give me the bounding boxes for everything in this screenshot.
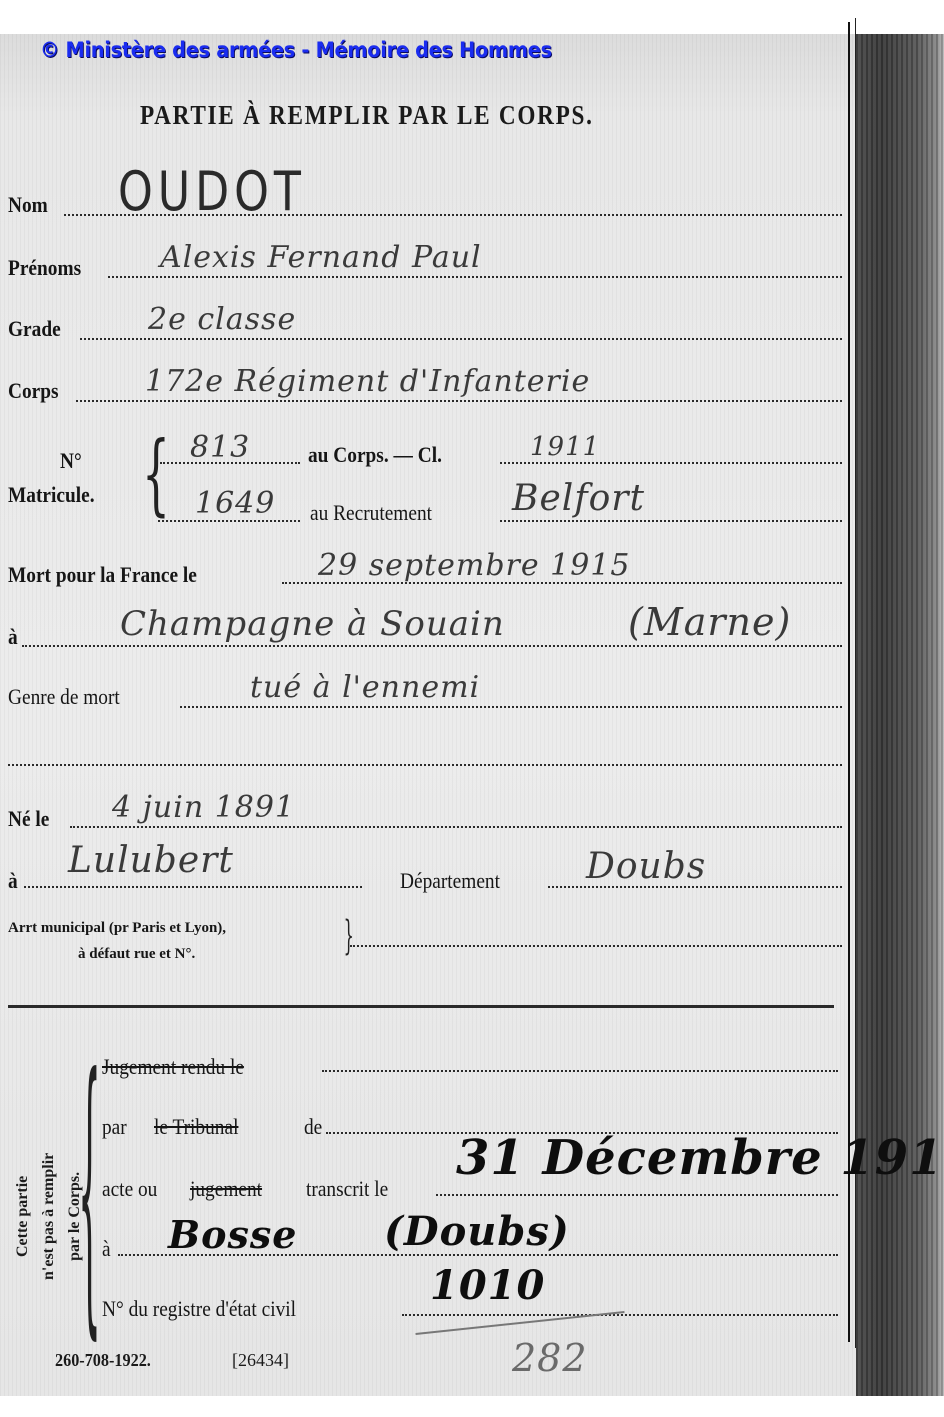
mort-value: 29 septembre 1915 [318, 548, 631, 583]
lower-section-brace: { [78, 1040, 101, 1340]
recrutement-label: au Recrutement [310, 500, 432, 526]
registre-line [402, 1314, 838, 1316]
nom-label: Nom [8, 192, 48, 218]
corps-line [76, 400, 842, 402]
side-note: Cette partie n'est pas à remplir par le … [10, 1153, 88, 1280]
naissance-label: Né le [8, 806, 49, 832]
prenoms-label: Prénoms [8, 255, 81, 281]
lieu-naissance-value: Lulubert [68, 840, 234, 881]
transcrit-struck: jugement [190, 1176, 262, 1202]
corps-value: 172e Régiment d'Infanterie [145, 364, 590, 399]
classe-value: 1911 [530, 432, 600, 462]
form-heading: PARTIE À REMPLIR PAR LE CORPS. [140, 100, 594, 131]
arrondissement-label-line2: à défaut rue et N°. [78, 946, 195, 963]
lieu-mort-label: à [8, 624, 18, 650]
print-reference: [26434] [232, 1350, 289, 1371]
genre-mort-value: tué à l'ennemi [250, 670, 480, 705]
genre-mort-line [180, 706, 842, 708]
lieu-mort-department: (Marne) [628, 600, 791, 644]
nom-value: OUDOT [118, 160, 306, 223]
grade-line [80, 338, 842, 340]
recrutement-place-value: Belfort [512, 478, 645, 519]
transcrit-prefix: acte ou [102, 1176, 157, 1202]
arrondissement-label-line1: Arrt municipal (pr Paris et Lyon), [8, 920, 226, 937]
grade-label: Grade [8, 316, 61, 342]
lieu-transcription-label: à [102, 1236, 111, 1262]
registre-value: 1010 [430, 1262, 545, 1309]
arrondissement-line [350, 945, 842, 947]
mort-label: Mort pour la France le [8, 562, 197, 588]
lieu-transcription-value: Bosse [168, 1212, 297, 1257]
genre-mort-label: Genre de mort [8, 684, 120, 710]
classe-line [500, 462, 842, 464]
lieu-mort-line [22, 645, 842, 647]
transcrit-value: 31 Décembre 1916 [456, 1130, 944, 1186]
naissance-value: 4 juin 1891 [112, 790, 295, 825]
lieu-transcription-department: (Doubs) [384, 1208, 570, 1255]
departement-label: Département [400, 868, 500, 894]
lieu-naissance-label: à [8, 868, 18, 894]
blank-line [8, 764, 842, 766]
pencil-note: 282 [512, 1336, 588, 1380]
prenoms-value: Alexis Fernand Paul [160, 240, 482, 275]
tribunal-suffix: de [304, 1114, 322, 1140]
prenoms-line [108, 276, 842, 278]
transcrit-line [436, 1194, 838, 1196]
corps-label: Corps [8, 378, 59, 404]
grade-value: 2e classe [148, 302, 296, 337]
corps-cl-label: au Corps. — Cl. [308, 442, 442, 468]
departement-value: Doubs [586, 846, 706, 887]
matricule-label-line2: Matricule. [8, 482, 95, 508]
naissance-line [70, 826, 842, 828]
corps-number-value: 813 [190, 430, 250, 465]
jugement-line [322, 1070, 838, 1072]
binding-shadow [856, 34, 944, 1396]
transcrit-suffix: transcrit le [306, 1176, 388, 1202]
print-code: 260-708-1922. [55, 1350, 151, 1371]
lieu-mort-value: Champagne à Souain [120, 604, 505, 644]
copyright-watermark: © Ministère des armées - Mémoire des Hom… [40, 38, 552, 62]
tribunal-prefix: par [102, 1114, 127, 1140]
lieu-naissance-line [24, 886, 362, 888]
matricule-label-line1: N° [60, 448, 82, 474]
tribunal-struck: le Tribunal [154, 1114, 238, 1140]
recrutement-place-line [500, 520, 842, 522]
section-divider [8, 1005, 834, 1008]
recrutement-number-value: 1649 [195, 486, 275, 521]
registre-label: N° du registre d'état civil [102, 1296, 296, 1322]
matricule-brace: { [142, 430, 170, 518]
arrondissement-brace: } [344, 916, 354, 956]
jugement-label: Jugement rendu le [102, 1054, 244, 1080]
